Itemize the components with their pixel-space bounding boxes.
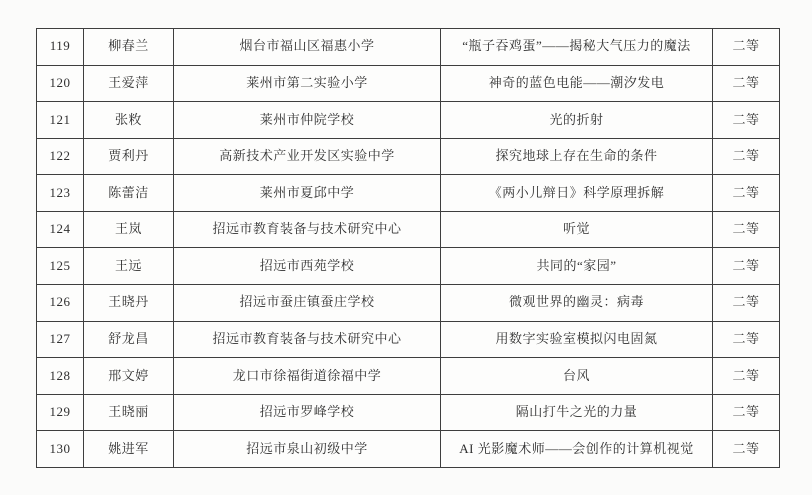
cell-number: 124 xyxy=(37,211,84,248)
cell-project: 光的折射 xyxy=(441,102,713,139)
table-row: 122 贾利丹 高新技术产业开发区实验中学 探究地球上存在生命的条件 二等 xyxy=(37,138,780,175)
cell-school: 招远市教育装备与技术研究中心 xyxy=(174,211,441,248)
cell-number: 127 xyxy=(37,321,84,358)
award-table: 119 柳春兰 烟台市福山区福惠小学 “瓶子吞鸡蛋”——揭秘大气压力的魔法 二等… xyxy=(36,28,780,468)
cell-project: 神奇的蓝色电能——潮汐发电 xyxy=(441,65,713,102)
cell-name: 陈蕾洁 xyxy=(84,175,174,212)
cell-project: 共同的“家园” xyxy=(441,248,713,285)
cell-award: 二等 xyxy=(713,358,780,395)
cell-award: 二等 xyxy=(713,65,780,102)
cell-project: 探究地球上存在生命的条件 xyxy=(441,138,713,175)
table-row: 127 舒龙昌 招远市教育装备与技术研究中心 用数字实验室模拟闪电固氮 二等 xyxy=(37,321,780,358)
cell-name: 张敉 xyxy=(84,102,174,139)
cell-project: AI 光影魔术师——会创作的计算机视觉 xyxy=(441,431,713,468)
cell-name: 柳春兰 xyxy=(84,29,174,66)
cell-school: 高新技术产业开发区实验中学 xyxy=(174,138,441,175)
cell-award: 二等 xyxy=(713,431,780,468)
cell-school: 招远市泉山初级中学 xyxy=(174,431,441,468)
cell-school: 莱州市夏邱中学 xyxy=(174,175,441,212)
cell-project: 隔山打牛之光的力量 xyxy=(441,394,713,431)
cell-project: 《两小儿辩日》科学原理拆解 xyxy=(441,175,713,212)
cell-number: 126 xyxy=(37,285,84,322)
cell-number: 122 xyxy=(37,138,84,175)
cell-name: 王远 xyxy=(84,248,174,285)
table-row: 125 王远 招远市西苑学校 共同的“家园” 二等 xyxy=(37,248,780,285)
cell-name: 舒龙昌 xyxy=(84,321,174,358)
cell-school: 招远市教育装备与技术研究中心 xyxy=(174,321,441,358)
cell-number: 121 xyxy=(37,102,84,139)
table-row: 121 张敉 莱州市仲院学校 光的折射 二等 xyxy=(37,102,780,139)
table-row: 123 陈蕾洁 莱州市夏邱中学 《两小儿辩日》科学原理拆解 二等 xyxy=(37,175,780,212)
table-row: 128 邢文婷 龙口市徐福街道徐福中学 台风 二等 xyxy=(37,358,780,395)
cell-award: 二等 xyxy=(713,248,780,285)
table-row: 120 王爱萍 莱州市第二实验小学 神奇的蓝色电能——潮汐发电 二等 xyxy=(37,65,780,102)
cell-number: 120 xyxy=(37,65,84,102)
cell-school: 招远市西苑学校 xyxy=(174,248,441,285)
table-row: 126 王晓丹 招远市蚕庄镇蚕庄学校 微观世界的幽灵：病毒 二等 xyxy=(37,285,780,322)
cell-school: 招远市罗峰学校 xyxy=(174,394,441,431)
cell-name: 邢文婷 xyxy=(84,358,174,395)
cell-project: 微观世界的幽灵：病毒 xyxy=(441,285,713,322)
cell-award: 二等 xyxy=(713,285,780,322)
cell-award: 二等 xyxy=(713,29,780,66)
cell-school: 龙口市徐福街道徐福中学 xyxy=(174,358,441,395)
cell-number: 123 xyxy=(37,175,84,212)
cell-number: 119 xyxy=(37,29,84,66)
cell-name: 王爱萍 xyxy=(84,65,174,102)
cell-award: 二等 xyxy=(713,321,780,358)
cell-school: 烟台市福山区福惠小学 xyxy=(174,29,441,66)
cell-award: 二等 xyxy=(713,394,780,431)
cell-school: 招远市蚕庄镇蚕庄学校 xyxy=(174,285,441,322)
cell-name: 贾利丹 xyxy=(84,138,174,175)
cell-number: 130 xyxy=(37,431,84,468)
document-page: 119 柳春兰 烟台市福山区福惠小学 “瓶子吞鸡蛋”——揭秘大气压力的魔法 二等… xyxy=(0,0,812,495)
cell-name: 王晓丽 xyxy=(84,394,174,431)
table-row: 130 姚进军 招远市泉山初级中学 AI 光影魔术师——会创作的计算机视觉 二等 xyxy=(37,431,780,468)
cell-number: 129 xyxy=(37,394,84,431)
cell-number: 128 xyxy=(37,358,84,395)
table-row: 124 王岚 招远市教育装备与技术研究中心 听觉 二等 xyxy=(37,211,780,248)
table-row: 129 王晓丽 招远市罗峰学校 隔山打牛之光的力量 二等 xyxy=(37,394,780,431)
cell-award: 二等 xyxy=(713,138,780,175)
cell-project: 用数字实验室模拟闪电固氮 xyxy=(441,321,713,358)
cell-project: 听觉 xyxy=(441,211,713,248)
cell-name: 王岚 xyxy=(84,211,174,248)
cell-award: 二等 xyxy=(713,175,780,212)
cell-award: 二等 xyxy=(713,211,780,248)
cell-school: 莱州市第二实验小学 xyxy=(174,65,441,102)
cell-project: 台风 xyxy=(441,358,713,395)
cell-name: 姚进军 xyxy=(84,431,174,468)
cell-project: “瓶子吞鸡蛋”——揭秘大气压力的魔法 xyxy=(441,29,713,66)
cell-name: 王晓丹 xyxy=(84,285,174,322)
cell-award: 二等 xyxy=(713,102,780,139)
cell-school: 莱州市仲院学校 xyxy=(174,102,441,139)
table-row: 119 柳春兰 烟台市福山区福惠小学 “瓶子吞鸡蛋”——揭秘大气压力的魔法 二等 xyxy=(37,29,780,66)
table-body: 119 柳春兰 烟台市福山区福惠小学 “瓶子吞鸡蛋”——揭秘大气压力的魔法 二等… xyxy=(37,29,780,468)
cell-number: 125 xyxy=(37,248,84,285)
